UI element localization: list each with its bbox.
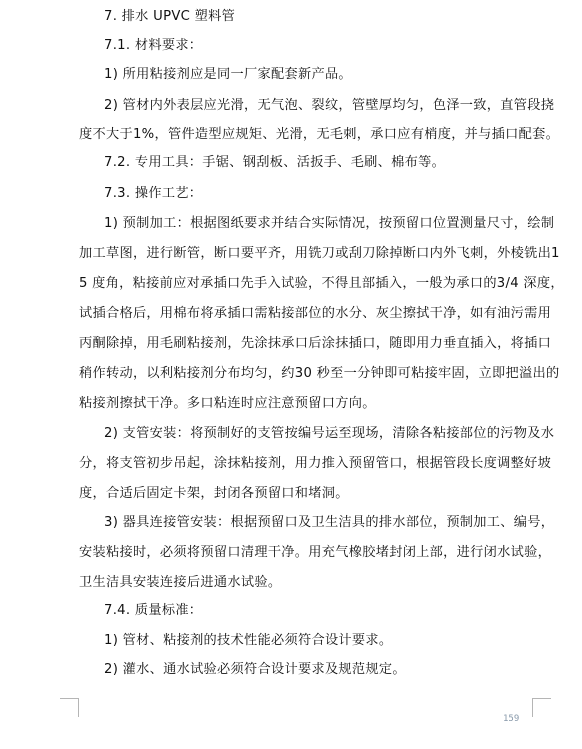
text-line: 7. 排水 UPVC 塑料管 xyxy=(104,9,564,25)
text-line: 7.4. 质量标准： xyxy=(104,603,564,619)
text-line: 试插合格后，用棉布将承插口需粘接部位的水分、灰尘擦拭干净，如有油污需用 xyxy=(79,306,539,322)
page-corner-mark-right xyxy=(532,698,551,717)
text-line: 3) 器具连接管安装：根据预留口及卫生洁具的排水部位，预制加工、编号， xyxy=(104,515,564,531)
page-number: 159 xyxy=(503,714,519,724)
text-line: 2) 支管安装：将预制好的支管按编号运至现场，清除各粘接部位的污物及水 xyxy=(104,426,564,442)
text-line: 7.1. 材料要求： xyxy=(104,38,564,54)
text-line: 2) 管材内外表层应光滑，无气泡、裂纹，管壁厚均匀，色泽一致，直管段挠 xyxy=(104,98,564,114)
text-line: 7.2. 专用工具：手锯、钢刮板、活扳手、毛刷、棉布等。 xyxy=(104,155,564,171)
text-line: 安装粘接时，必须将预留口清理干净。用充气橡胶堵封闭上部，进行闭水试验， xyxy=(79,545,539,561)
page-corner-mark-left xyxy=(60,698,79,717)
text-line: 1) 所用粘接剂应是同一厂家配套新产品。 xyxy=(104,67,564,83)
text-line: 粘接剂擦拭干净。多口粘连时应注意预留口方向。 xyxy=(79,396,539,412)
text-line: 度，合适后固定卡架，封闭各预留口和堵洞。 xyxy=(79,486,539,502)
text-line: 1) 管材、粘接剂的技术性能必须符合设计要求。 xyxy=(104,633,564,649)
text-line: 1) 预制加工：根据图纸要求并结合实际情况，按预留口位置测量尺寸，绘制 xyxy=(104,216,564,232)
text-line: 卫生洁具安装连接后进通水试验。 xyxy=(79,575,539,591)
text-line: 7.3. 操作工艺： xyxy=(104,186,564,202)
text-line: 2) 灌水、通水试验必须符合设计要求及规范规定。 xyxy=(104,662,564,678)
text-line: 5 度角，粘接前应对承插口先手入试验，不得且部插入，一般为承口的3/4 深度， xyxy=(79,276,539,292)
text-line: 分，将支管初步吊起，涂抹粘接剂，用力推入预留管口，根据管段长度调整好坡 xyxy=(79,456,539,472)
text-line: 丙酮除掉，用毛刷粘接剂，先涂抹承口后涂抹插口，随即用力垂直插入，将插口 xyxy=(79,336,539,352)
text-line: 加工草图，进行断管，断口要平齐，用铣刀或刮刀除掉断口内外飞刺，外棱铣出1 xyxy=(79,246,539,262)
text-line: 度不大于1%，管件造型应规矩、光滑，无毛刺，承口应有梢度，并与插口配套。 xyxy=(79,127,539,143)
text-line: 稍作转动，以利粘接剂分布均匀，约30 秒至一分钟即可粘接牢固，立即把溢出的 xyxy=(79,366,539,382)
